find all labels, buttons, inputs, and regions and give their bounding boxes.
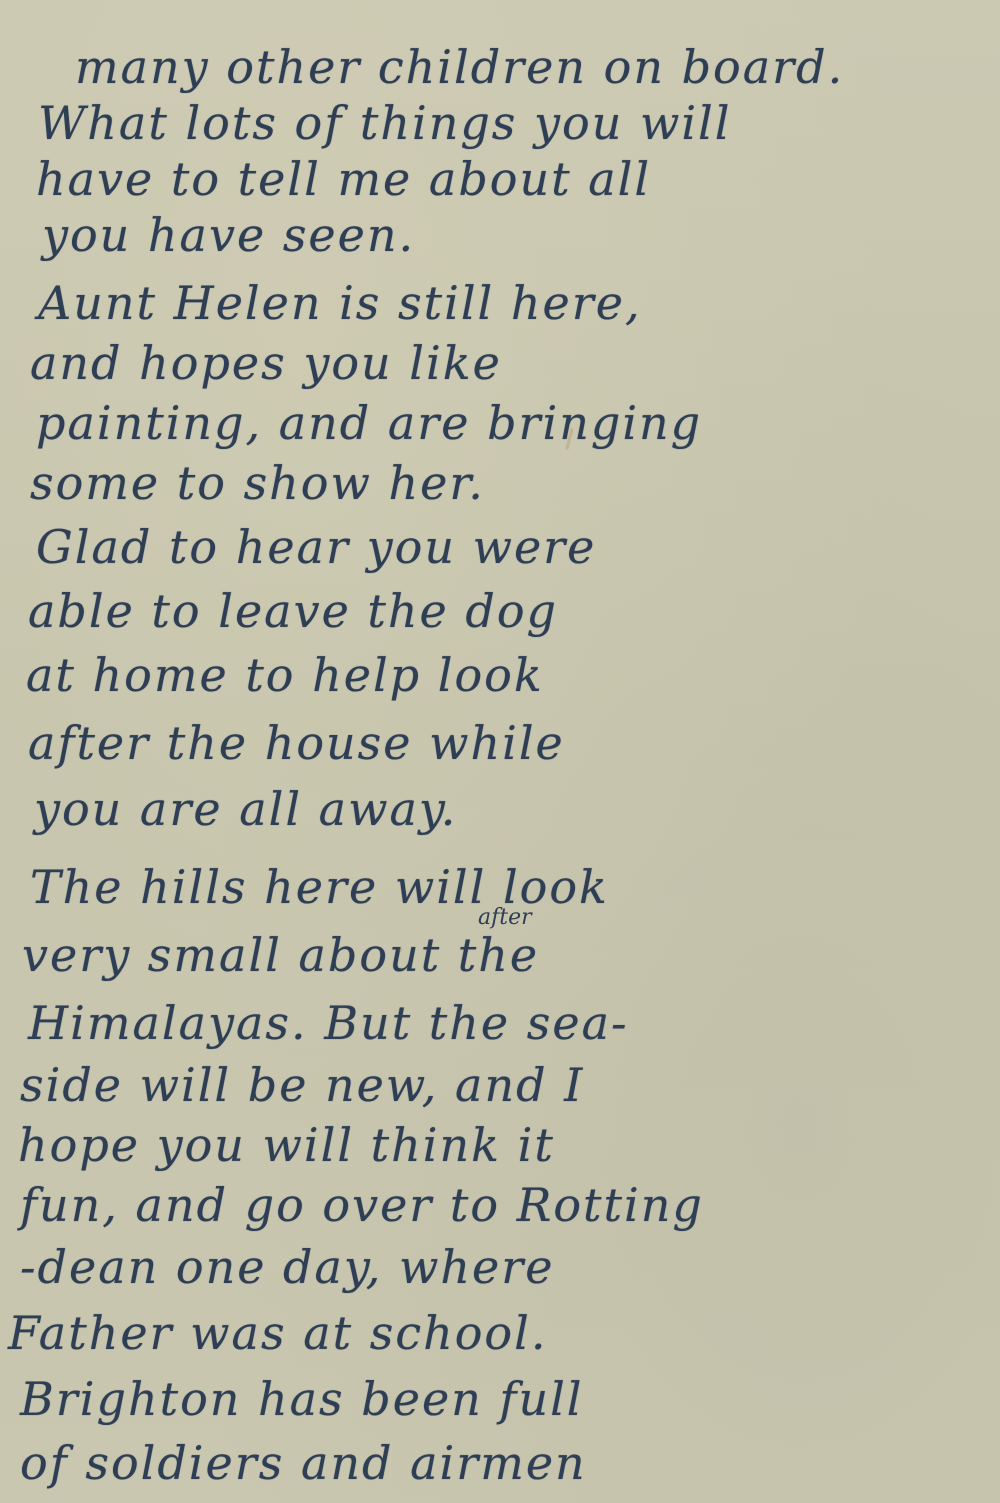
paper-mark — [398, 948, 402, 952]
letter-line-3: have to tell me about all — [36, 152, 651, 206]
letter-line-12: after the house while — [28, 716, 565, 770]
letter-line-18: hope you will think it — [18, 1118, 555, 1172]
letter-line-7: painting, and are bringing — [36, 396, 702, 450]
letter-line-23: of soldiers and airmen — [20, 1436, 587, 1490]
letter-line-11: at home to help look — [26, 648, 544, 702]
letter-line-16: Himalayas. But the sea- — [28, 996, 629, 1050]
letter-line-9: Glad to hear you were — [36, 520, 596, 574]
letter-line-13: you are all away. — [34, 782, 457, 836]
letter-line-20: -dean one day, where — [20, 1240, 554, 1294]
inserted-word: after — [478, 905, 532, 930]
letter-line-22: Brighton has been full — [20, 1372, 584, 1426]
letter-line-5: Aunt Helen is still here, — [38, 276, 642, 330]
letter-line-2: What lots of things you will — [38, 96, 731, 150]
line-6-text: and hopes you like — [30, 336, 502, 390]
letter-line-19: fun, and go over to Rotting — [20, 1178, 704, 1232]
letter-line-17: side will be new, and I — [20, 1058, 584, 1112]
handwritten-letter: many other children on board. What lots … — [0, 0, 1000, 1503]
letter-line-6: and hopes you like — [30, 336, 502, 390]
letter-line-15: very small about the — [22, 928, 539, 982]
letter-line-21: Father was at school. — [8, 1306, 547, 1360]
letter-line-8: some to show her. — [30, 456, 485, 510]
letter-line-1: many other children on board. — [75, 40, 844, 94]
letter-line-4: you have seen. — [42, 208, 415, 262]
letter-line-10: able to leave the dog — [28, 584, 558, 638]
